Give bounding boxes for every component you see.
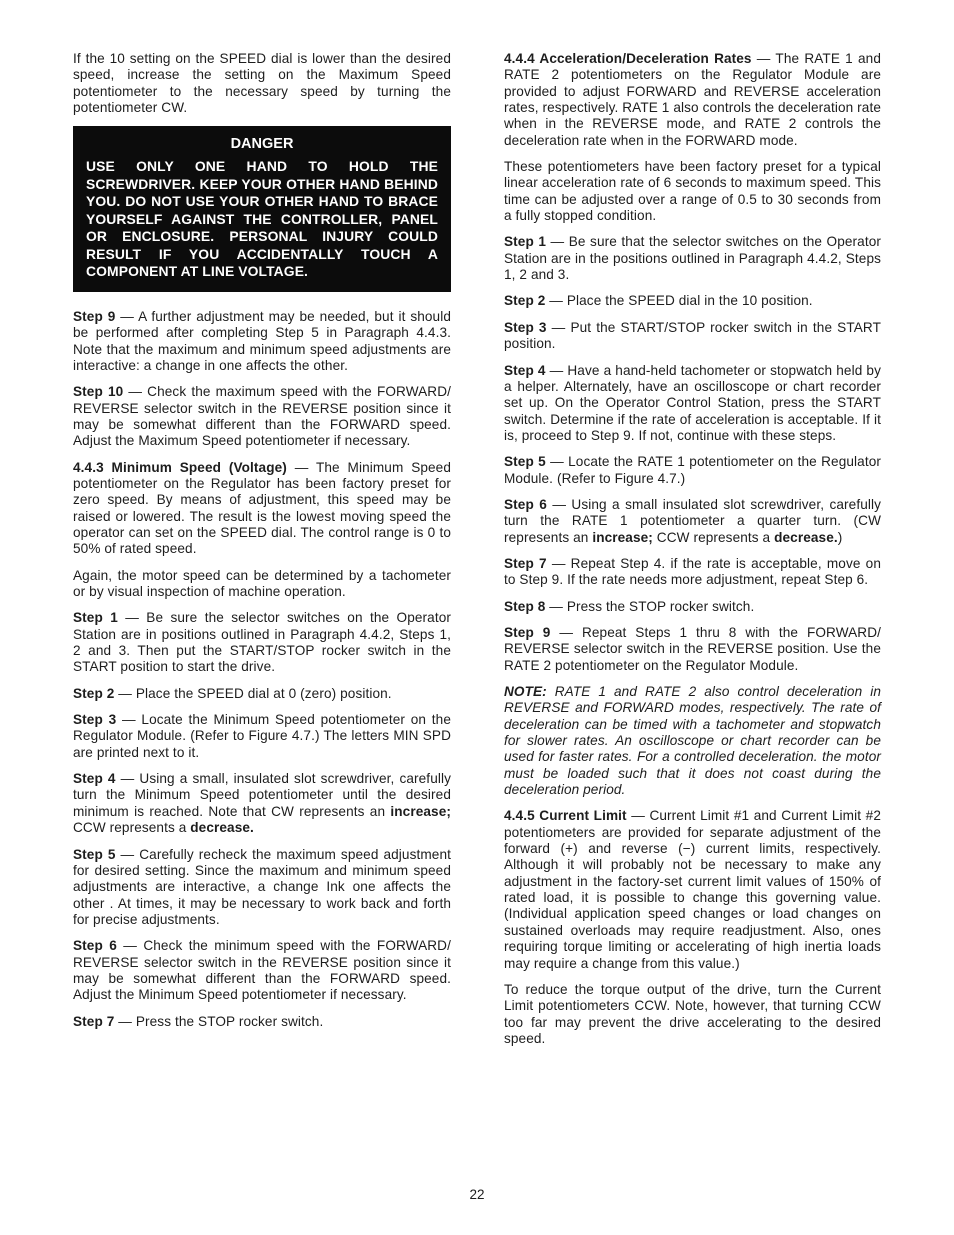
emphasis-text: Step 10 bbox=[73, 384, 123, 399]
emphasis-text: Step 1 bbox=[504, 234, 546, 249]
body-text: To reduce the torque output of the drive… bbox=[504, 982, 881, 1046]
emphasis-text: Step 4 bbox=[73, 771, 116, 786]
emphasis-text: Step 1 bbox=[73, 610, 118, 625]
body-text: — Repeat Steps 1 thru 8 with the FORWARD… bbox=[504, 625, 881, 673]
body-text: If the 10 setting on the SPEED dial is l… bbox=[73, 51, 451, 115]
body-text: These potentiometers have been factory p… bbox=[504, 159, 881, 223]
danger-title: DANGER bbox=[86, 135, 438, 153]
emphasis-text: Step 9 bbox=[73, 309, 115, 324]
body-text: — Be sure that the selector switches on … bbox=[504, 234, 881, 282]
note-paragraph: NOTE: RATE 1 and RATE 2 also control dec… bbox=[504, 684, 881, 798]
body-text: — Locate the RATE 1 potentiometer on the… bbox=[504, 454, 881, 485]
body-text: CCW represents a bbox=[653, 530, 774, 545]
emphasis-text: Step 5 bbox=[504, 454, 546, 469]
emphasis-text: increase; bbox=[390, 804, 451, 819]
page-number: 22 bbox=[0, 1187, 954, 1202]
emphasis-text: Step 2 bbox=[504, 293, 545, 308]
emphasis-text: Step 5 bbox=[73, 847, 116, 862]
minspd-step-3-paragraph: Step 3 — Locate the Minimum Speed potent… bbox=[73, 712, 451, 761]
body-text: — Carefully recheck the maximum speed ad… bbox=[73, 847, 451, 927]
emphasis-text: Step 4 bbox=[504, 363, 546, 378]
body-text: — Press the STOP rocker switch. bbox=[114, 1014, 323, 1029]
emphasis-text: Step 2 bbox=[73, 686, 114, 701]
emphasis-text: Step 6 bbox=[504, 497, 547, 512]
body-text: — Check the minimum speed with the FORWA… bbox=[73, 938, 451, 1002]
body-text: — A further adjustment may be needed, bu… bbox=[73, 309, 451, 373]
emphasis-text: Step 3 bbox=[504, 320, 547, 335]
body-text: — Repeat Step 4. if the rate is acceptab… bbox=[504, 556, 881, 587]
minspd-step-2-paragraph: Step 2 — Place the SPEED dial at 0 (zero… bbox=[73, 686, 451, 702]
body-text: — Be sure the selector switches on the O… bbox=[73, 610, 451, 674]
accel-step-9-paragraph: Step 9 — Repeat Steps 1 thru 8 with the … bbox=[504, 625, 881, 674]
intro-paragraph: If the 10 setting on the SPEED dial is l… bbox=[73, 51, 451, 116]
right-column: 4.4.4 Acceleration/Deceleration Rates — … bbox=[504, 51, 881, 1057]
body-text: — Have a hand-held tachometer or stopwat… bbox=[504, 363, 881, 443]
accel-step-1-paragraph: Step 1 — Be sure that the selector switc… bbox=[504, 234, 881, 283]
section-4-4-4-paragraph: 4.4.4 Acceleration/Deceleration Rates — … bbox=[504, 51, 881, 149]
body-text: — Put the START/STOP rocker switch in th… bbox=[504, 320, 881, 351]
accel-step-7-paragraph: Step 7 — Repeat Step 4. if the rate is a… bbox=[504, 556, 881, 589]
left-column: If the 10 setting on the SPEED dial is l… bbox=[73, 51, 451, 1040]
minspd-step-1-paragraph: Step 1 — Be sure the selector switches o… bbox=[73, 610, 451, 675]
body-text: Again, the motor speed can be determined… bbox=[73, 568, 451, 599]
body-text: CCW represents a bbox=[73, 820, 190, 835]
accel-step-4-paragraph: Step 4 — Have a hand-held tachometer or … bbox=[504, 363, 881, 445]
emphasis-text: Step 3 bbox=[73, 712, 116, 727]
emphasis-text: 4.4.4 Acceleration/Deceleration Rates bbox=[504, 51, 752, 66]
accel-step-5-paragraph: Step 5 — Locate the RATE 1 potentiometer… bbox=[504, 454, 881, 487]
torque-reduce-paragraph: To reduce the torque output of the drive… bbox=[504, 982, 881, 1047]
minspd-step-4-paragraph: Step 4 — Using a small, insulated slot s… bbox=[73, 771, 451, 836]
body-text: — Press the STOP rocker switch. bbox=[545, 599, 754, 614]
danger-body: USE ONLY ONE HAND TO HOLD THE SCREWDRIVE… bbox=[86, 158, 438, 281]
emphasis-text: Step 7 bbox=[504, 556, 547, 571]
step-10-paragraph: Step 10 — Check the maximum speed with t… bbox=[73, 384, 451, 449]
body-text: — Place the SPEED dial in the 10 positio… bbox=[545, 293, 812, 308]
body-text: — Current Limit #1 and Current Limit #2 … bbox=[504, 808, 881, 970]
section-4-4-5-paragraph: 4.4.5 Current Limit — Current Limit #1 a… bbox=[504, 808, 881, 971]
emphasis-text: Step 6 bbox=[73, 938, 117, 953]
body-text: — Check the maximum speed with the FORWA… bbox=[73, 384, 451, 448]
emphasis-text: Step 7 bbox=[73, 1014, 114, 1029]
emphasis-text: NOTE: bbox=[504, 684, 547, 699]
minspd-step-5-paragraph: Step 5 — Carefully recheck the maximum s… bbox=[73, 847, 451, 929]
minspd-step-6-paragraph: Step 6 — Check the minimum speed with th… bbox=[73, 938, 451, 1003]
step-9-paragraph: Step 9 — A further adjustment may be nee… bbox=[73, 309, 451, 374]
factory-preset-paragraph: These potentiometers have been factory p… bbox=[504, 159, 881, 224]
section-4-4-3-paragraph: 4.4.3 Minimum Speed (Voltage) — The Mini… bbox=[73, 460, 451, 558]
body-text: ) bbox=[838, 530, 843, 545]
emphasis-text: 4.4.3 Minimum Speed (Voltage) bbox=[73, 460, 287, 475]
document-page: If the 10 setting on the SPEED dial is l… bbox=[0, 0, 954, 1235]
emphasis-text: decrease. bbox=[774, 530, 838, 545]
danger-box: DANGERUSE ONLY ONE HAND TO HOLD THE SCRE… bbox=[73, 126, 451, 292]
accel-step-6-paragraph: Step 6 — Using a small insulated slot sc… bbox=[504, 497, 881, 546]
accel-step-3-paragraph: Step 3 — Put the START/STOP rocker switc… bbox=[504, 320, 881, 353]
accel-step-8-paragraph: Step 8 — Press the STOP rocker switch. bbox=[504, 599, 881, 615]
body-text: RATE 1 and RATE 2 also control decelerat… bbox=[504, 684, 881, 797]
body-text: — Place the SPEED dial at 0 (zero) posit… bbox=[114, 686, 391, 701]
minspd-step-7-paragraph: Step 7 — Press the STOP rocker switch. bbox=[73, 1014, 451, 1030]
accel-step-2-paragraph: Step 2 — Place the SPEED dial in the 10 … bbox=[504, 293, 881, 309]
body-text: — Locate the Minimum Speed potentiometer… bbox=[73, 712, 451, 760]
emphasis-text: Step 8 bbox=[504, 599, 545, 614]
emphasis-text: increase; bbox=[592, 530, 653, 545]
emphasis-text: decrease. bbox=[190, 820, 254, 835]
emphasis-text: 4.4.5 Current Limit bbox=[504, 808, 627, 823]
emphasis-text: Step 9 bbox=[504, 625, 550, 640]
tachometer-note-paragraph: Again, the motor speed can be determined… bbox=[73, 568, 451, 601]
